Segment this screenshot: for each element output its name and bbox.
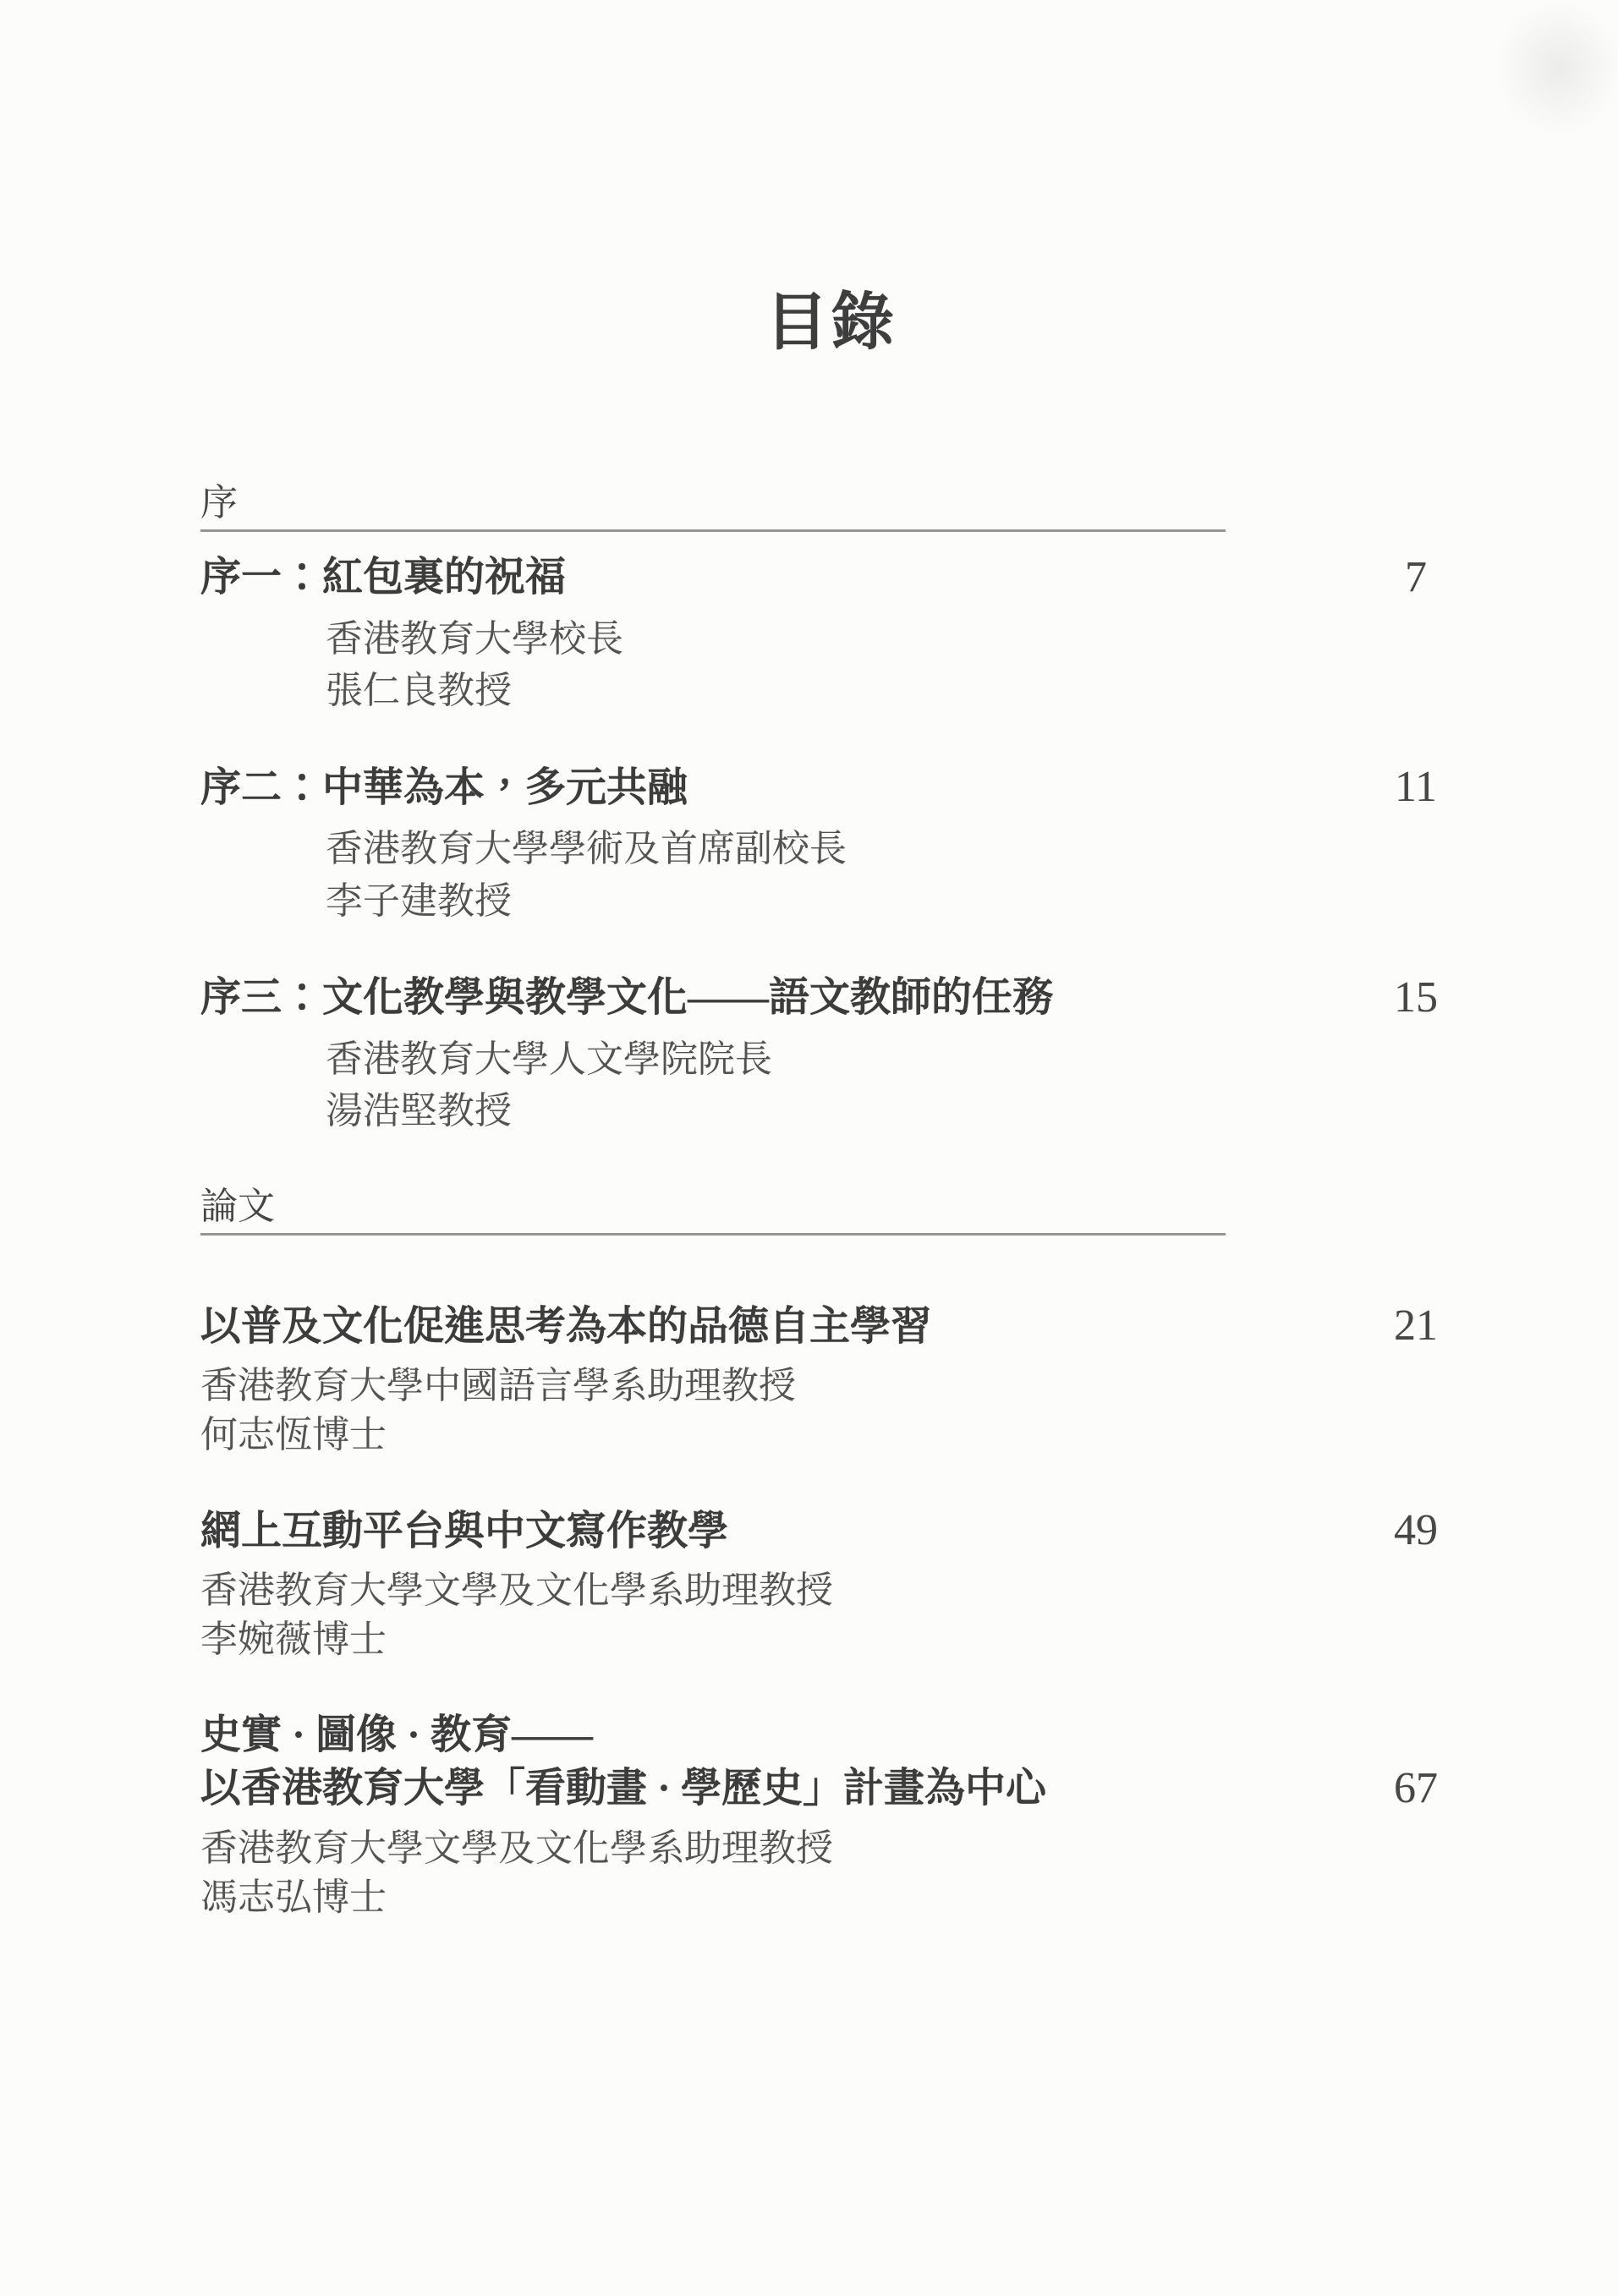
toc-entry-affiliation: 香港教育大學校長 (326, 613, 1462, 666)
toc-entry-author: 張仁良教授 (326, 665, 1462, 717)
toc-entry-author: 湯浩堅教授 (326, 1085, 1462, 1137)
toc-entry-page-number: 7 (1369, 556, 1462, 605)
section-preface: 序 序一：紅包裏的祝福 7 香港教育大學校長 張仁良教授 序二：中華為本，多元共… (200, 485, 1462, 1137)
toc-entry-affiliation: 香港教育大學文學及文化學系助理教授 (200, 1566, 1462, 1615)
scan-artifact (1495, 0, 1618, 135)
toc-entry-page-number: 11 (1369, 765, 1462, 814)
toc-entry-title: 史實 · 圖像 · 教育—— 以香港教育大學「看動畫 · 學歷史」計畫為中心 (200, 1708, 1046, 1816)
toc-entry-title-line2: 以香港教育大學「看動畫 · 學歷史」計畫為中心 (200, 1762, 1046, 1815)
section-heading-papers: 論文 (200, 1188, 1226, 1236)
toc-entry-affiliation: 香港教育大學人文學院院長 (326, 1033, 1462, 1086)
toc-entry-row: 網上互動平台與中文寫作教學 49 (200, 1504, 1462, 1558)
toc-entry-affiliation: 香港教育大學學術及首席副校長 (326, 823, 1462, 875)
section-papers: 論文 以普及文化促進思考為本的品德自主學習 21 香港教育大學中國語言學系助理教… (200, 1188, 1462, 1922)
toc-entry-affiliation: 香港教育大學中國語言學系助理教授 (200, 1362, 1462, 1411)
toc-entry: 序一：紅包裏的祝福 7 香港教育大學校長 張仁良教授 (200, 551, 1462, 717)
toc-entry-title: 序一：紅包裏的祝福 (200, 551, 566, 604)
toc-entry-author: 李子建教授 (326, 875, 1462, 928)
toc-entry-title: 序二：中華為本，多元共融 (200, 761, 688, 814)
section-heading-preface: 序 (200, 485, 1226, 532)
toc-entry: 序二：中華為本，多元共融 11 香港教育大學學術及首席副校長 李子建教授 (200, 761, 1462, 928)
toc-entry-details: 香港教育大學中國語言學系助理教授 何志恆博士 (200, 1362, 1462, 1460)
scanned-toc-page: 目錄 序 序一：紅包裏的祝福 7 香港教育大學校長 張仁良教授 序二：中華為本，… (0, 0, 1618, 2296)
toc-entry: 史實 · 圖像 · 教育—— 以香港教育大學「看動畫 · 學歷史」計畫為中心 6… (200, 1708, 1462, 1922)
page-title: 目錄 (200, 0, 1462, 358)
toc-entry-page-number: 49 (1369, 1509, 1462, 1558)
toc-entry-author: 何志恆博士 (200, 1411, 1462, 1460)
toc-entry-page-number: 67 (1369, 1767, 1462, 1816)
toc-entry-title: 以普及文化促進思考為本的品德自主學習 (200, 1300, 931, 1353)
toc-entry: 以普及文化促進思考為本的品德自主學習 21 香港教育大學中國語言學系助理教授 何… (200, 1300, 1462, 1460)
toc-entry-row: 序一：紅包裏的祝福 7 (200, 551, 1462, 604)
toc-entry-row: 史實 · 圖像 · 教育—— 以香港教育大學「看動畫 · 學歷史」計畫為中心 6… (200, 1708, 1462, 1816)
toc-entry-details: 香港教育大學文學及文化學系助理教授 馮志弘博士 (200, 1824, 1462, 1922)
toc-entry-details: 香港教育大學學術及首席副校長 李子建教授 (326, 823, 1462, 927)
toc-entry-details: 香港教育大學文學及文化學系助理教授 李婉薇博士 (200, 1566, 1462, 1664)
toc-entry-title: 序三：文化教學與教學文化——語文教師的任務 (200, 971, 1053, 1024)
toc-entry-author: 馮志弘博士 (200, 1873, 1462, 1922)
toc-entry-author: 李婉薇博士 (200, 1615, 1462, 1664)
toc-entry-title-line1: 史實 · 圖像 · 教育—— (200, 1708, 1046, 1762)
toc-content: 目錄 序 序一：紅包裏的祝福 7 香港教育大學校長 張仁良教授 序二：中華為本，… (200, 0, 1462, 1922)
toc-entry: 序三：文化教學與教學文化——語文教師的任務 15 香港教育大學人文學院院長 湯浩… (200, 971, 1462, 1137)
toc-entry-details: 香港教育大學人文學院院長 湯浩堅教授 (326, 1033, 1462, 1137)
toc-entry-affiliation: 香港教育大學文學及文化學系助理教授 (200, 1824, 1462, 1873)
toc-entry-details: 香港教育大學校長 張仁良教授 (326, 613, 1462, 717)
toc-entry-row: 序二：中華為本，多元共融 11 (200, 761, 1462, 814)
toc-entry-page-number: 21 (1369, 1304, 1462, 1353)
toc-entry-title: 網上互動平台與中文寫作教學 (200, 1504, 728, 1558)
toc-entry-row: 以普及文化促進思考為本的品德自主學習 21 (200, 1300, 1462, 1353)
toc-entry-row: 序三：文化教學與教學文化——語文教師的任務 15 (200, 971, 1462, 1024)
toc-entry-page-number: 15 (1369, 976, 1462, 1025)
toc-entry: 網上互動平台與中文寫作教學 49 香港教育大學文學及文化學系助理教授 李婉薇博士 (200, 1504, 1462, 1665)
